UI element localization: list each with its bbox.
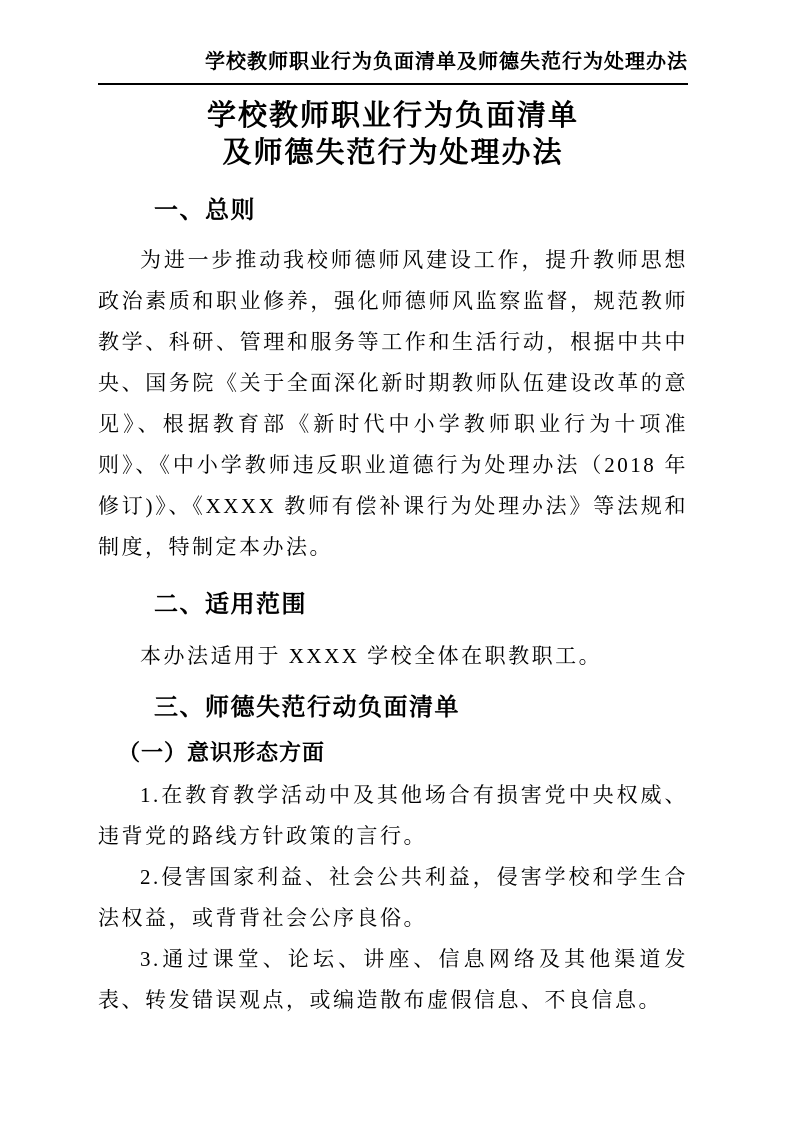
section-2-paragraph: 本办法适用于 XXXX 学校全体在职教职工。	[98, 636, 688, 677]
section-1-paragraph: 为进一步推动我校师德师风建设工作，提升教师思想政治素质和职业修养，强化师德师风监…	[98, 240, 688, 568]
document-title: 学校教师职业行为负面清单 及师德失范行为处理办法	[98, 98, 688, 172]
list-item-3: 3.通过课堂、论坛、讲座、信息网络及其他渠道发表、转发错误观点，或编造散布虚假信…	[98, 939, 688, 1021]
document-title-line-1: 学校教师职业行为负面清单	[98, 98, 688, 135]
section-3-subheading: （一）意识形态方面	[98, 739, 688, 767]
document-page: 学校教师职业行为负面清单及师德失范行为处理办法 学校教师职业行为负面清单 及师德…	[0, 0, 793, 1122]
page-header: 学校教师职业行为负面清单及师德失范行为处理办法	[98, 48, 688, 85]
list-item-2: 2.侵害国家利益、社会公共利益，侵害学校和学生合法权益，或背背社会公序良俗。	[98, 857, 688, 939]
section-1-heading: 一、总则	[98, 196, 688, 226]
section-3-heading: 三、师德失范行动负面清单	[98, 693, 688, 723]
document-title-line-2: 及师德失范行为处理办法	[98, 135, 688, 172]
section-2-heading: 二、适用范围	[98, 590, 688, 620]
list-item-1: 1.在教育教学活动中及其他场合有损害党中央权威、违背党的路线方针政策的言行。	[98, 775, 688, 857]
